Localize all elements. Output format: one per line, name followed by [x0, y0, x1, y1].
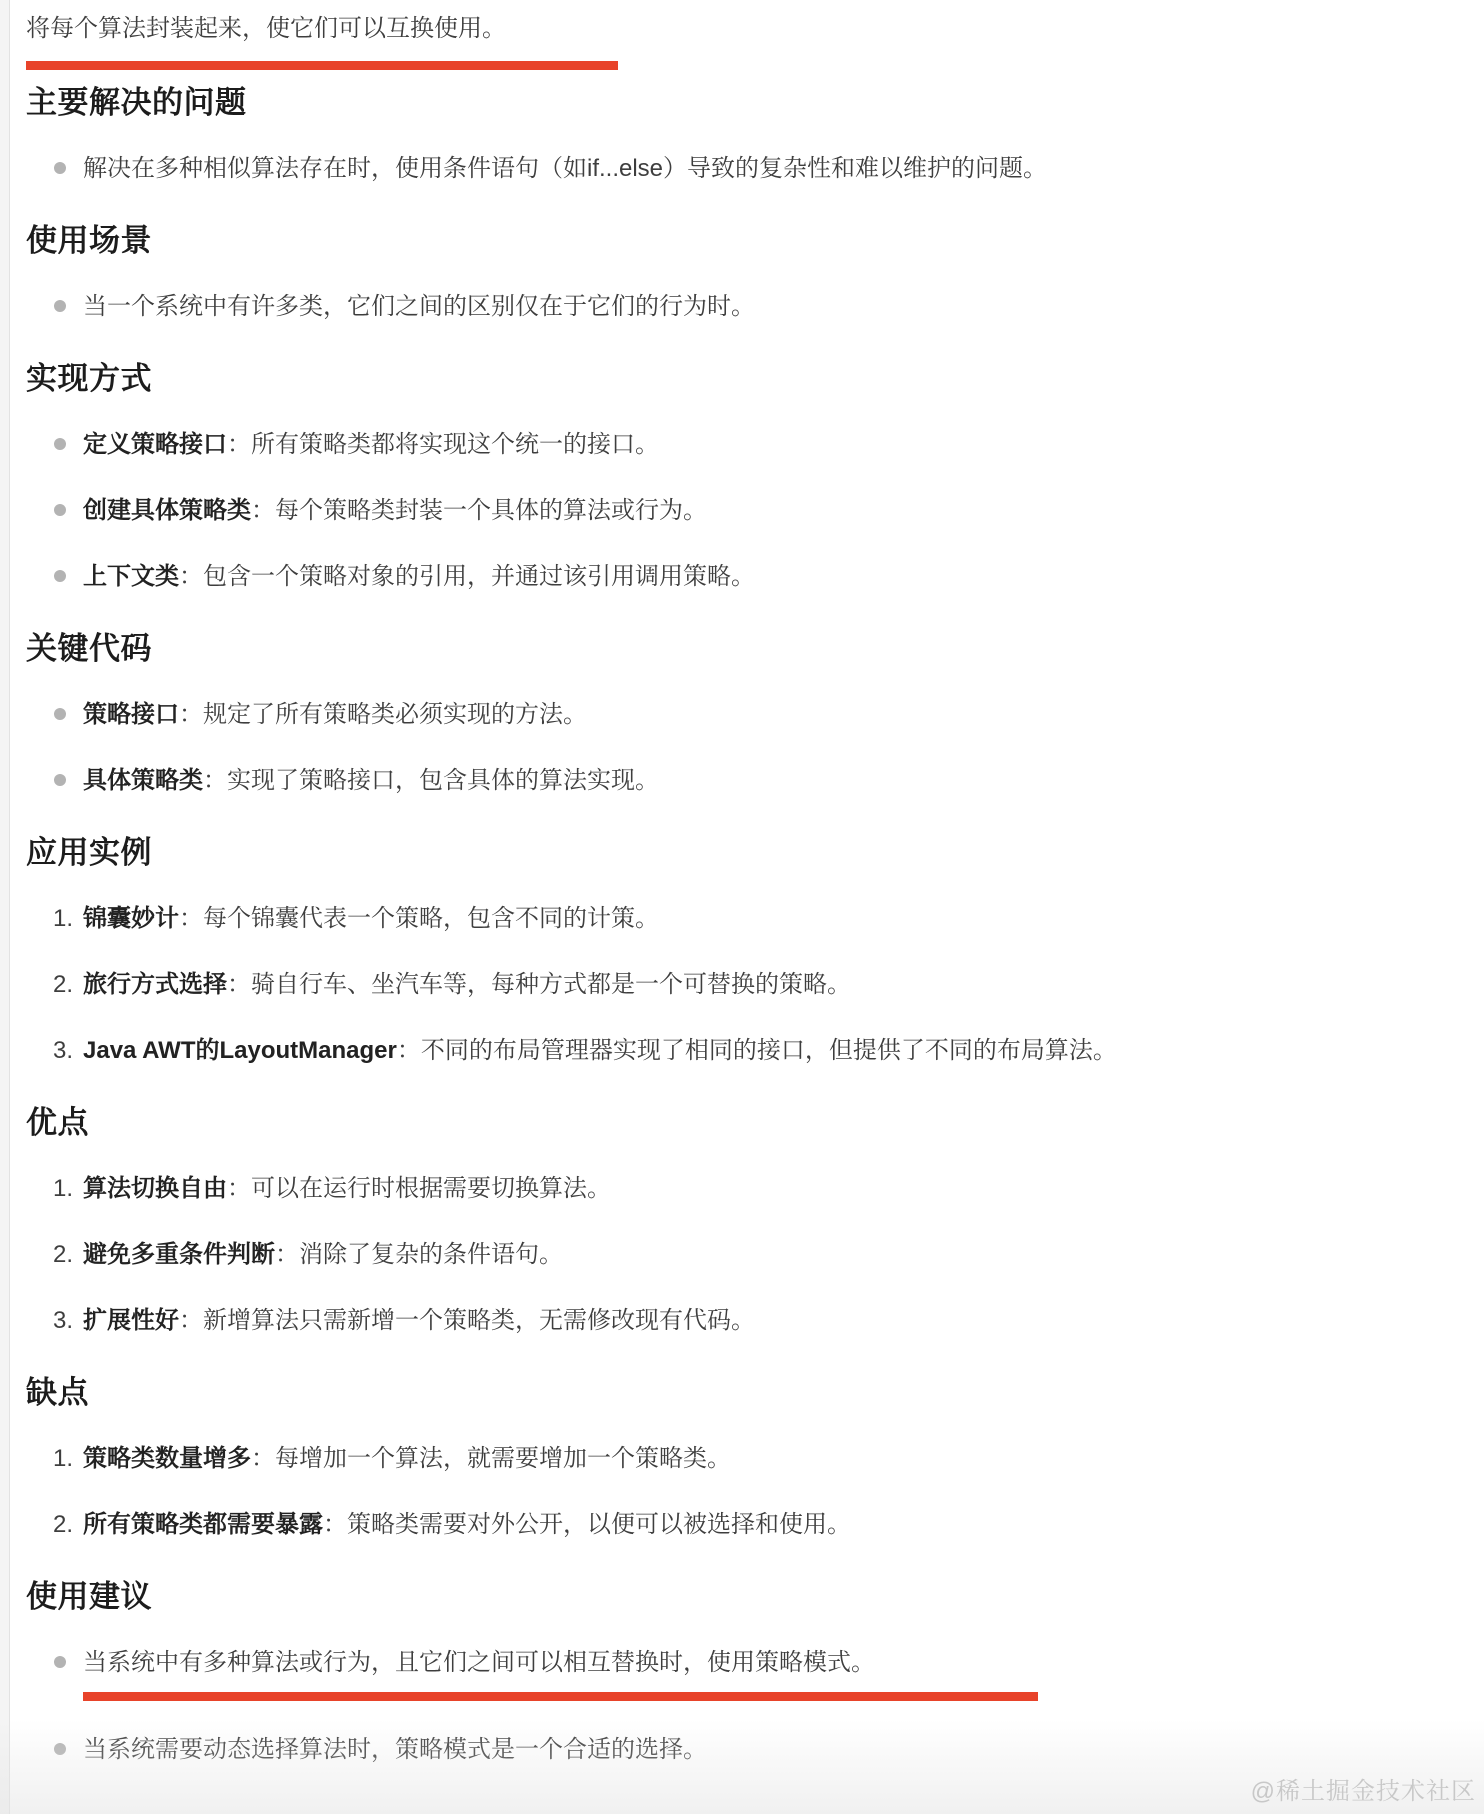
list-item: Java AWT的LayoutManager：不同的布局管理器实现了相同的接口，…: [83, 1034, 1456, 1068]
item-label: 策略接口: [83, 701, 179, 728]
item-text: 当系统中有多种算法或行为，且它们之间可以相互替换时，使用策略模式。: [83, 1649, 875, 1676]
section-heading: 缺点: [26, 1372, 1456, 1414]
item-label: 策略类数量增多: [83, 1445, 251, 1472]
red-annotation-underline: [83, 1692, 1038, 1701]
intro-paragraph: 将每个算法封装起来，使它们可以互换使用。: [26, 12, 1456, 46]
item-text: 消除了复杂的条件语句。: [299, 1241, 563, 1268]
watermark-text: @稀土掘金技术社区: [1251, 1771, 1476, 1806]
bullet-list: 当一个系统中有许多类，它们之间的区别仅在于它们的行为时。: [26, 290, 1456, 324]
list-item: 创建具体策略类：每个策略类封装一个具体的算法或行为。: [83, 494, 1456, 528]
item-label: 定义策略接口: [83, 431, 227, 458]
section-heading: 关键代码: [26, 628, 1456, 670]
numbered-list: 策略类数量增多：每增加一个算法，就需要增加一个策略类。所有策略类都需要暴露：策略…: [26, 1442, 1456, 1542]
item-text: 每个策略类封装一个具体的算法或行为。: [275, 497, 707, 524]
item-text: 包含一个策略对象的引用，并通过该引用调用策略。: [203, 563, 755, 590]
item-label: Java AWT的LayoutManager: [83, 1037, 397, 1064]
item-text: 当系统需要动态选择算法时，策略模式是一个合适的选择。: [83, 1736, 707, 1763]
item-text: 当一个系统中有许多类，它们之间的区别仅在于它们的行为时。: [83, 293, 755, 320]
section-heading: 主要解决的问题: [26, 82, 1456, 124]
item-text: 新增算法只需新增一个策略类，无需修改现有代码。: [203, 1307, 755, 1334]
section-heading: 使用建议: [26, 1576, 1456, 1618]
bullet-list: 当系统中有多种算法或行为，且它们之间可以相互替换时，使用策略模式。当系统需要动态…: [26, 1646, 1456, 1767]
item-text: 规定了所有策略类必须实现的方法。: [203, 701, 587, 728]
bullet-list: 策略接口：规定了所有策略类必须实现的方法。具体策略类：实现了策略接口，包含具体的…: [26, 698, 1456, 798]
list-item: 策略类数量增多：每增加一个算法，就需要增加一个策略类。: [83, 1442, 1456, 1476]
item-text: 解决在多种相似算法存在时，使用条件语句（如if...else）导致的复杂性和难以…: [83, 155, 1047, 182]
numbered-list: 锦囊妙计：每个锦囊代表一个策略，包含不同的计策。旅行方式选择：骑自行车、坐汽车等…: [26, 902, 1456, 1068]
section-heading: 实现方式: [26, 358, 1456, 400]
list-item: 算法切换自由：可以在运行时根据需要切换算法。: [83, 1172, 1456, 1206]
bullet-list: 定义策略接口：所有策略类都将实现这个统一的接口。创建具体策略类：每个策略类封装一…: [26, 428, 1456, 594]
item-label: 锦囊妙计: [83, 905, 179, 932]
item-text: 所有策略类都将实现这个统一的接口。: [251, 431, 659, 458]
item-text: 不同的布局管理器实现了相同的接口，但提供了不同的布局算法。: [421, 1037, 1117, 1064]
item-label: 具体策略类: [83, 767, 203, 794]
list-item: 所有策略类都需要暴露：策略类需要对外公开，以便可以被选择和使用。: [83, 1508, 1456, 1542]
item-label: 创建具体策略类: [83, 497, 251, 524]
section-heading: 优点: [26, 1102, 1456, 1144]
section-heading: 应用实例: [26, 832, 1456, 874]
item-text: 实现了策略接口，包含具体的算法实现。: [227, 767, 659, 794]
section-heading: 使用场景: [26, 220, 1456, 262]
item-text: 每个锦囊代表一个策略，包含不同的计策。: [203, 905, 659, 932]
list-item: 上下文类：包含一个策略对象的引用，并通过该引用调用策略。: [83, 560, 1456, 594]
article-content: 将每个算法封装起来，使它们可以互换使用。 主要解决的问题解决在多种相似算法存在时…: [26, 12, 1456, 1767]
item-label: 所有策略类都需要暴露: [83, 1511, 323, 1538]
numbered-list: 算法切换自由：可以在运行时根据需要切换算法。避免多重条件判断：消除了复杂的条件语…: [26, 1172, 1456, 1338]
sections-container: 主要解决的问题解决在多种相似算法存在时，使用条件语句（如if...else）导致…: [26, 82, 1456, 1767]
bullet-list: 解决在多种相似算法存在时，使用条件语句（如if...else）导致的复杂性和难以…: [26, 152, 1456, 186]
list-item: 定义策略接口：所有策略类都将实现这个统一的接口。: [83, 428, 1456, 462]
item-label: 旅行方式选择: [83, 971, 227, 998]
item-text: 可以在运行时根据需要切换算法。: [251, 1175, 611, 1202]
red-annotation-underline: [26, 61, 618, 70]
list-item: 锦囊妙计：每个锦囊代表一个策略，包含不同的计策。: [83, 902, 1456, 936]
list-item: 当系统中有多种算法或行为，且它们之间可以相互替换时，使用策略模式。: [83, 1646, 1456, 1701]
list-item: 旅行方式选择：骑自行车、坐汽车等，每种方式都是一个可替换的策略。: [83, 968, 1456, 1002]
list-item: 当一个系统中有许多类，它们之间的区别仅在于它们的行为时。: [83, 290, 1456, 324]
list-item: 避免多重条件判断：消除了复杂的条件语句。: [83, 1238, 1456, 1272]
list-item: 扩展性好：新增算法只需新增一个策略类，无需修改现有代码。: [83, 1304, 1456, 1338]
list-item: 当系统需要动态选择算法时，策略模式是一个合适的选择。: [83, 1733, 1456, 1767]
list-item: 具体策略类：实现了策略接口，包含具体的算法实现。: [83, 764, 1456, 798]
item-label: 避免多重条件判断: [83, 1241, 275, 1268]
item-label: 扩展性好: [83, 1307, 179, 1334]
item-text: 每增加一个算法，就需要增加一个策略类。: [275, 1445, 731, 1472]
item-label: 上下文类: [83, 563, 179, 590]
page-left-edge: [0, 0, 10, 1814]
item-text: 骑自行车、坐汽车等，每种方式都是一个可替换的策略。: [251, 971, 851, 998]
list-item: 策略接口：规定了所有策略类必须实现的方法。: [83, 698, 1456, 732]
list-item: 解决在多种相似算法存在时，使用条件语句（如if...else）导致的复杂性和难以…: [83, 152, 1456, 186]
item-text: 策略类需要对外公开，以便可以被选择和使用。: [347, 1511, 851, 1538]
item-label: 算法切换自由: [83, 1175, 227, 1202]
